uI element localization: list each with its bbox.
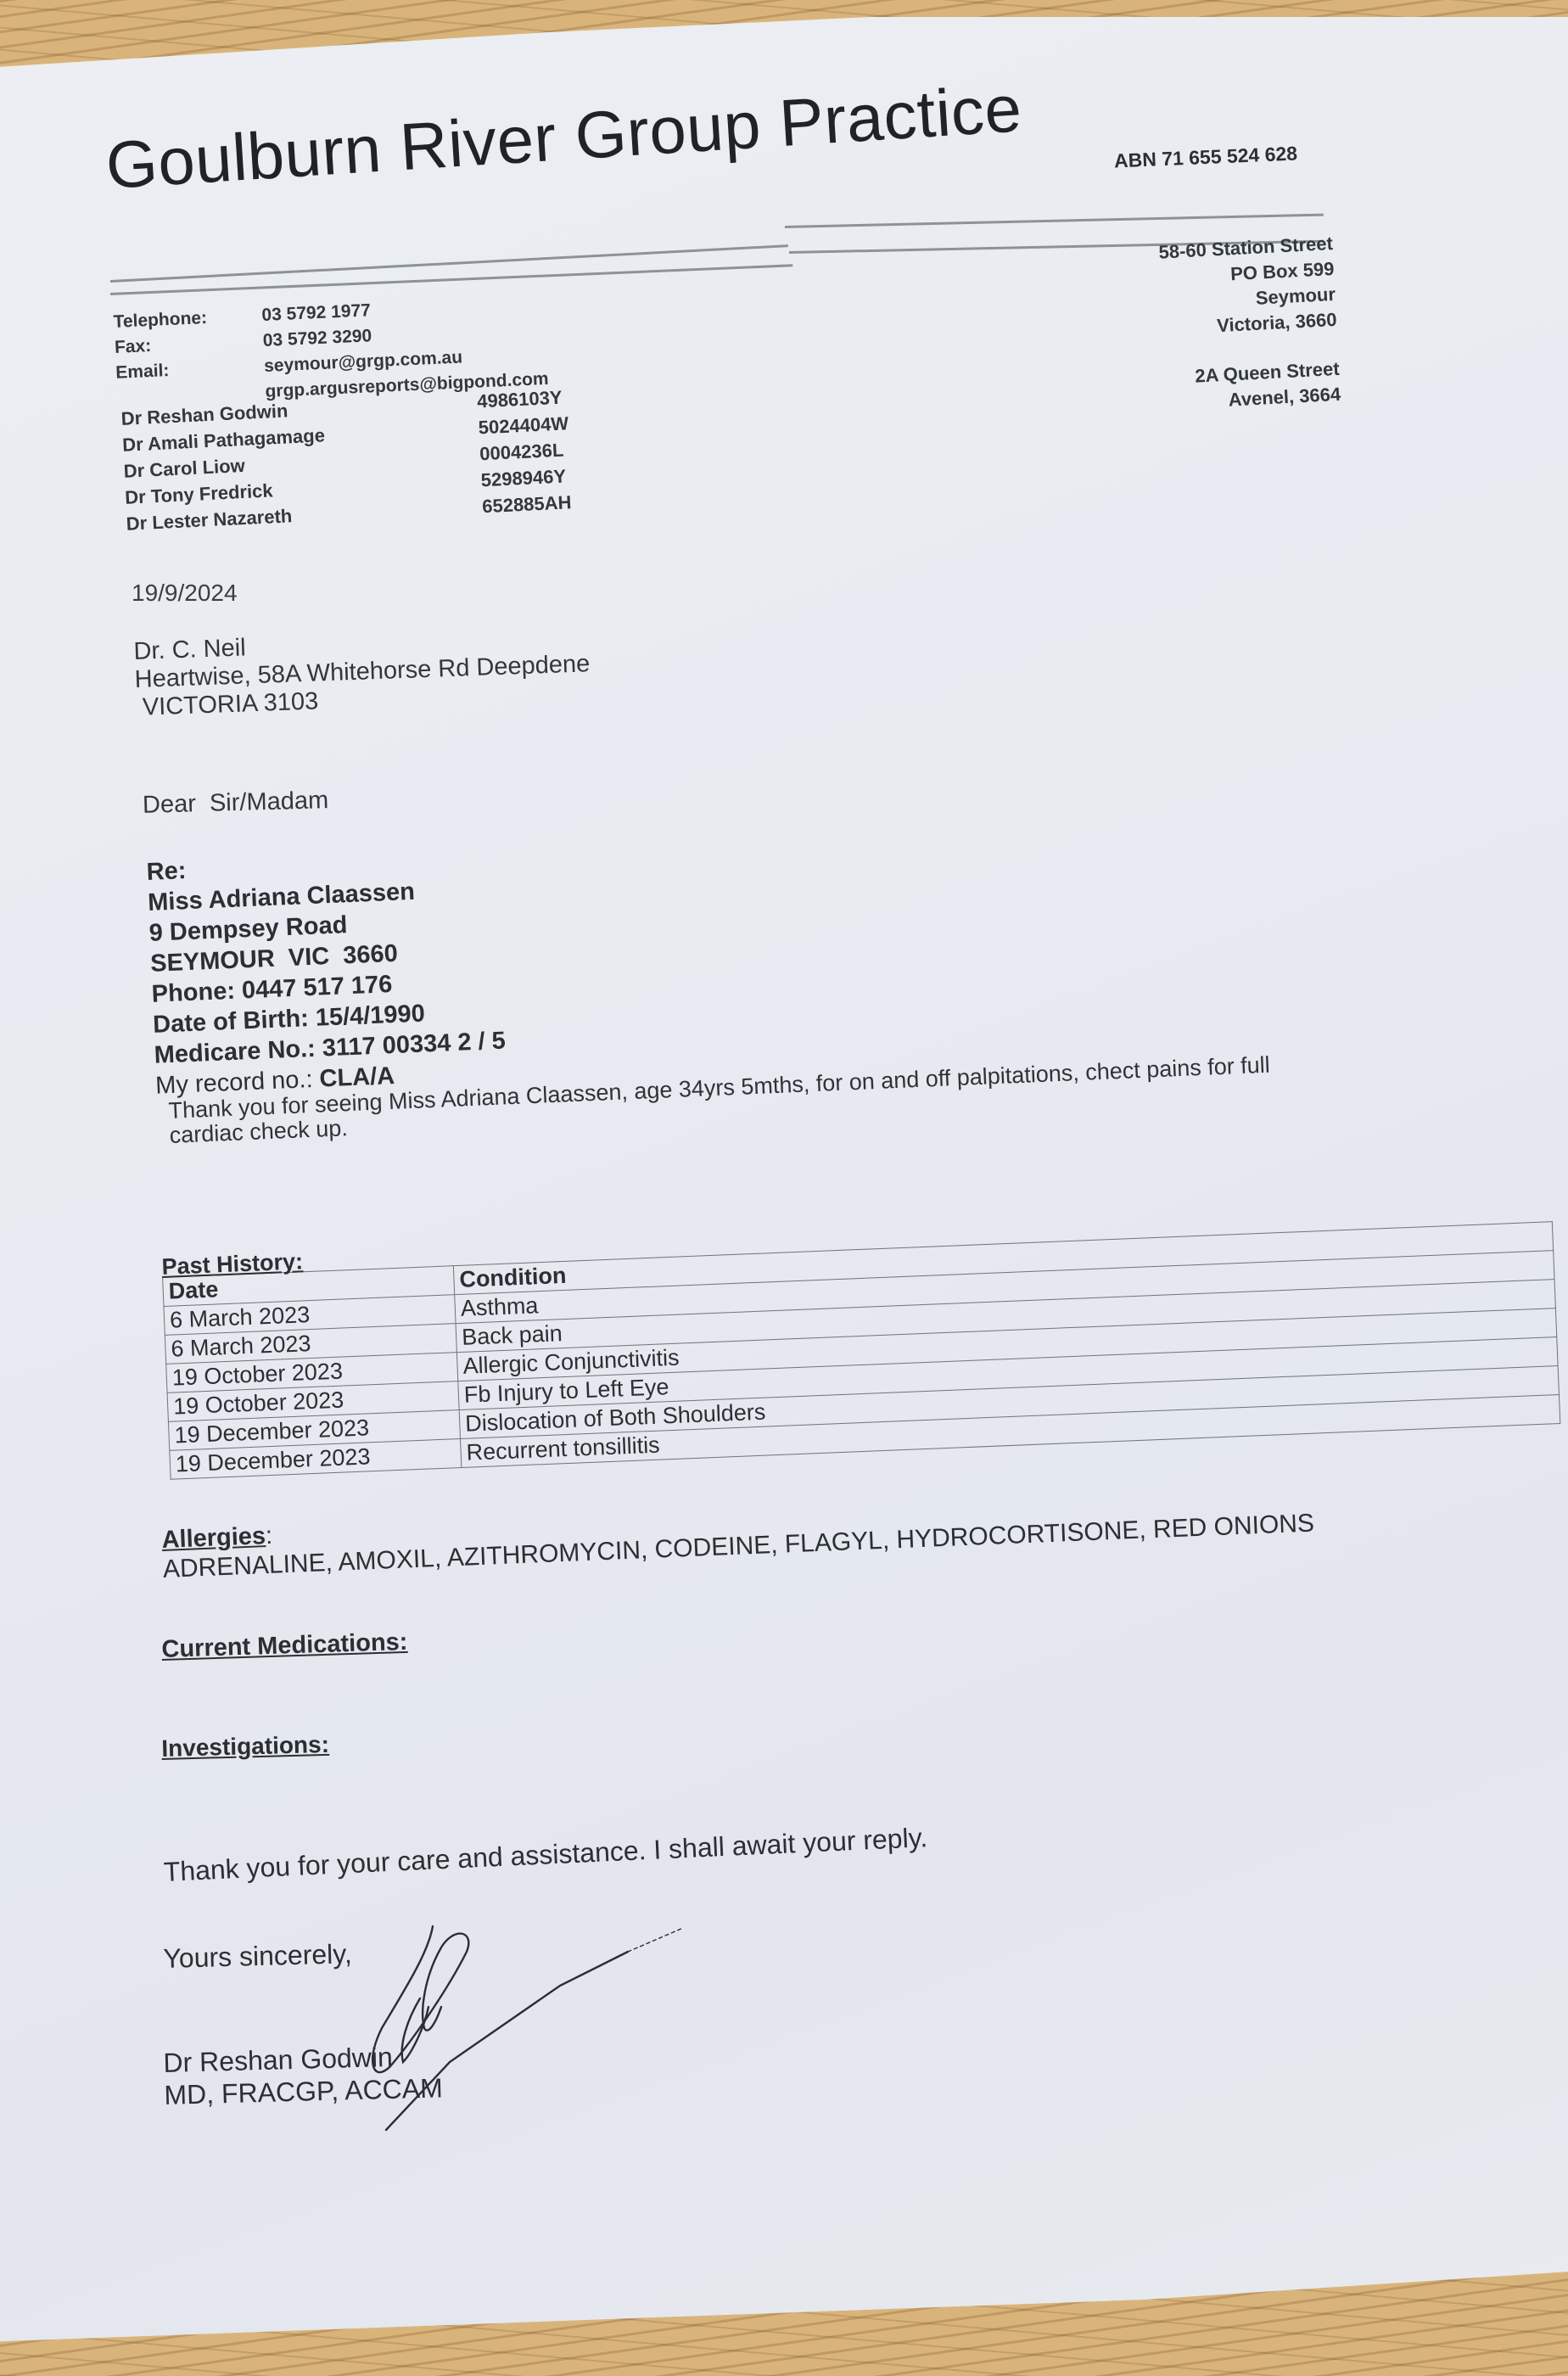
salutation: Dear Sir/Madam [143, 787, 329, 820]
patient-details: Re: Miss Adriana Claassen 9 Dempsey Road… [146, 843, 507, 1101]
signer-block: Dr Reshan Godwin MD, FRACGP, ACCAM [163, 2039, 443, 2111]
practice-address: 58-60 Station Street PO Box 599 Seymour … [1078, 231, 1341, 420]
signature [348, 1918, 721, 2138]
sign-off: Yours sincerely, [163, 1938, 352, 1975]
doctor-list: Dr Reshan Godwin4986103Y Dr Amali Pathag… [120, 384, 573, 537]
allergies-title: Allergies [161, 1522, 266, 1554]
investigations-title: Investigations: [161, 1731, 329, 1762]
recipient-address: Dr. C. Neil Heartwise, 58A Whitehorse Rd… [133, 622, 591, 722]
letter-date: 19/9/2024 [132, 580, 238, 607]
